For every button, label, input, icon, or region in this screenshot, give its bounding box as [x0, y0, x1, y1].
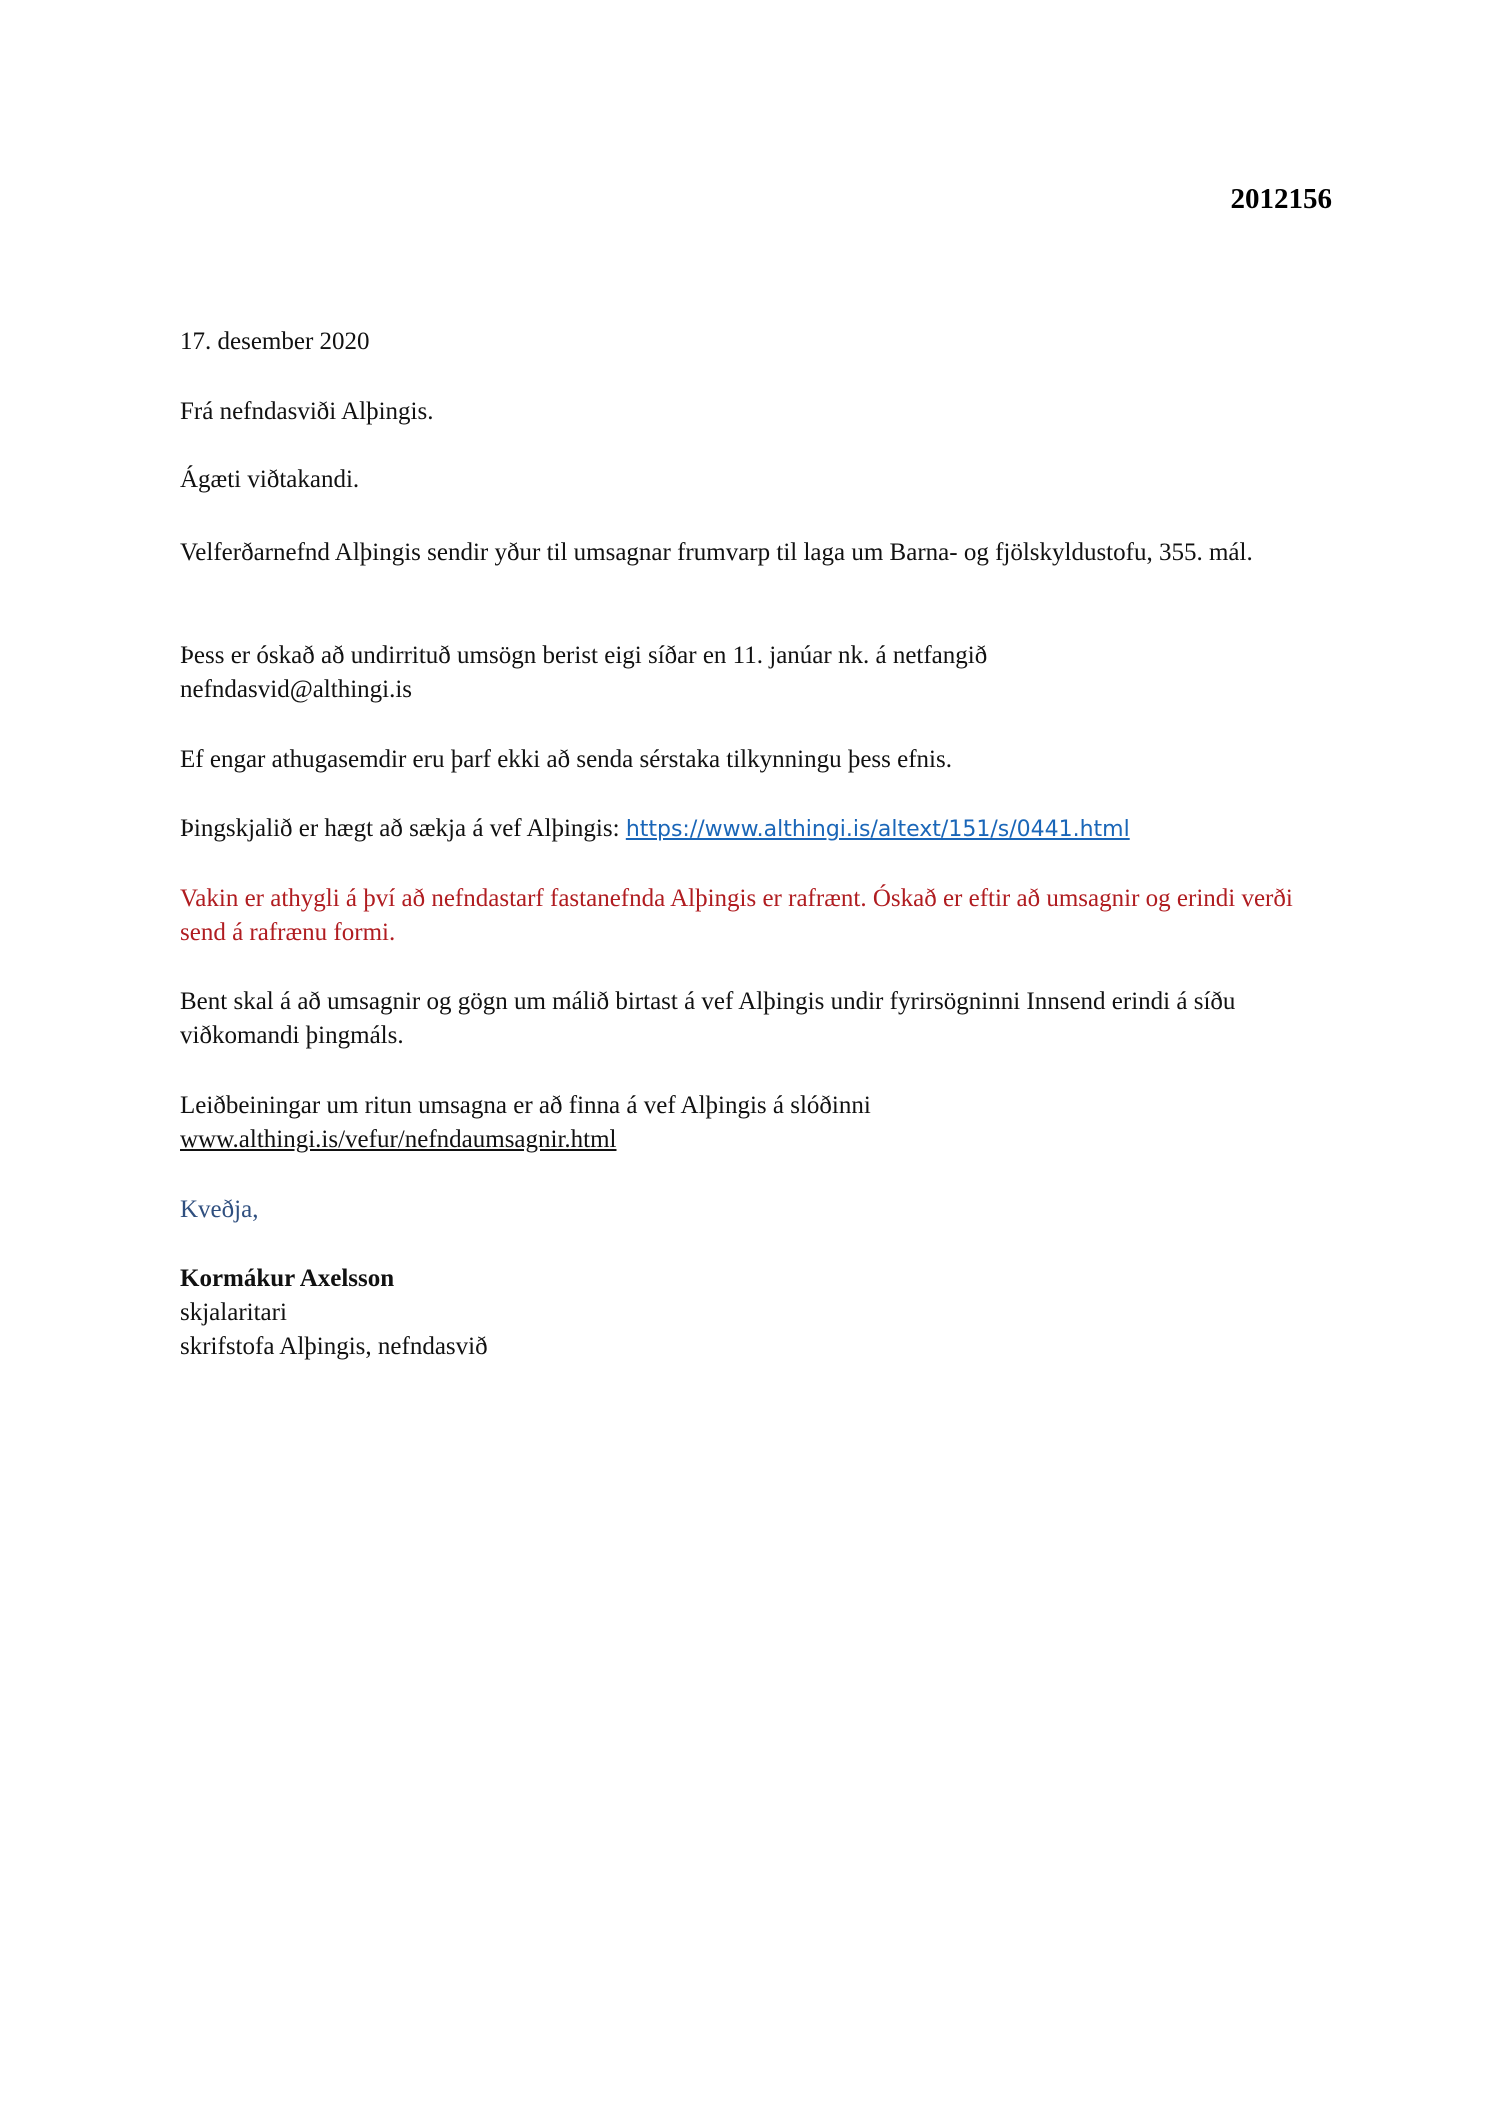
signature-block: Kormákur Axelsson skjalaritari skrifstof… — [180, 1262, 1330, 1364]
document-number: 2012156 — [1231, 183, 1333, 216]
contact-email: nefndasvid@althingi.is — [180, 673, 1330, 707]
salutation: Ágæti viðtakandi. — [180, 463, 1330, 497]
paragraph-deadline: Þess er óskað að undirrituð umsögn beris… — [180, 639, 1330, 707]
paragraph-no-comments: Ef engar athugasemdir eru þarf ekki að s… — [180, 743, 1330, 777]
closing: Kveðja, — [180, 1193, 1330, 1227]
document-link[interactable]: https://www.althingi.is/altext/151/s/044… — [626, 817, 1130, 842]
deadline-text: Þess er óskað að undirrituð umsögn beris… — [180, 639, 1330, 673]
letter-page: 2012156 17. desember 2020 Frá nefndasvið… — [0, 0, 1500, 2122]
guidelines-text: Leiðbeiningar um ritun umsagna er að fin… — [180, 1089, 1330, 1123]
paragraph-guidelines: Leiðbeiningar um ritun umsagna er að fin… — [180, 1089, 1330, 1157]
document-link-label: Þingskjalið er hægt að sækja á vef Alþin… — [180, 815, 626, 842]
sender-line: Frá nefndasviði Alþingis. — [180, 395, 1330, 429]
guidelines-link[interactable]: www.althingi.is/vefur/nefndaumsagnir.htm… — [180, 1123, 1330, 1157]
letter-date: 17. desember 2020 — [180, 325, 1330, 359]
paragraph-document-link: Þingskjalið er hægt að sækja á vef Alþin… — [180, 812, 1330, 847]
paragraph-publication: Bent skal á að umsagnir og gögn um málið… — [180, 985, 1330, 1053]
paragraph-request: Velferðarnefnd Alþingis sendir yður til … — [180, 536, 1330, 570]
signer-office: skrifstofa Alþingis, nefndasvið — [180, 1330, 1330, 1364]
paragraph-electronic-notice: Vakin er athygli á því að nefndastarf fa… — [180, 882, 1330, 950]
signer-name: Kormákur Axelsson — [180, 1262, 1330, 1296]
signer-title: skjalaritari — [180, 1296, 1330, 1330]
